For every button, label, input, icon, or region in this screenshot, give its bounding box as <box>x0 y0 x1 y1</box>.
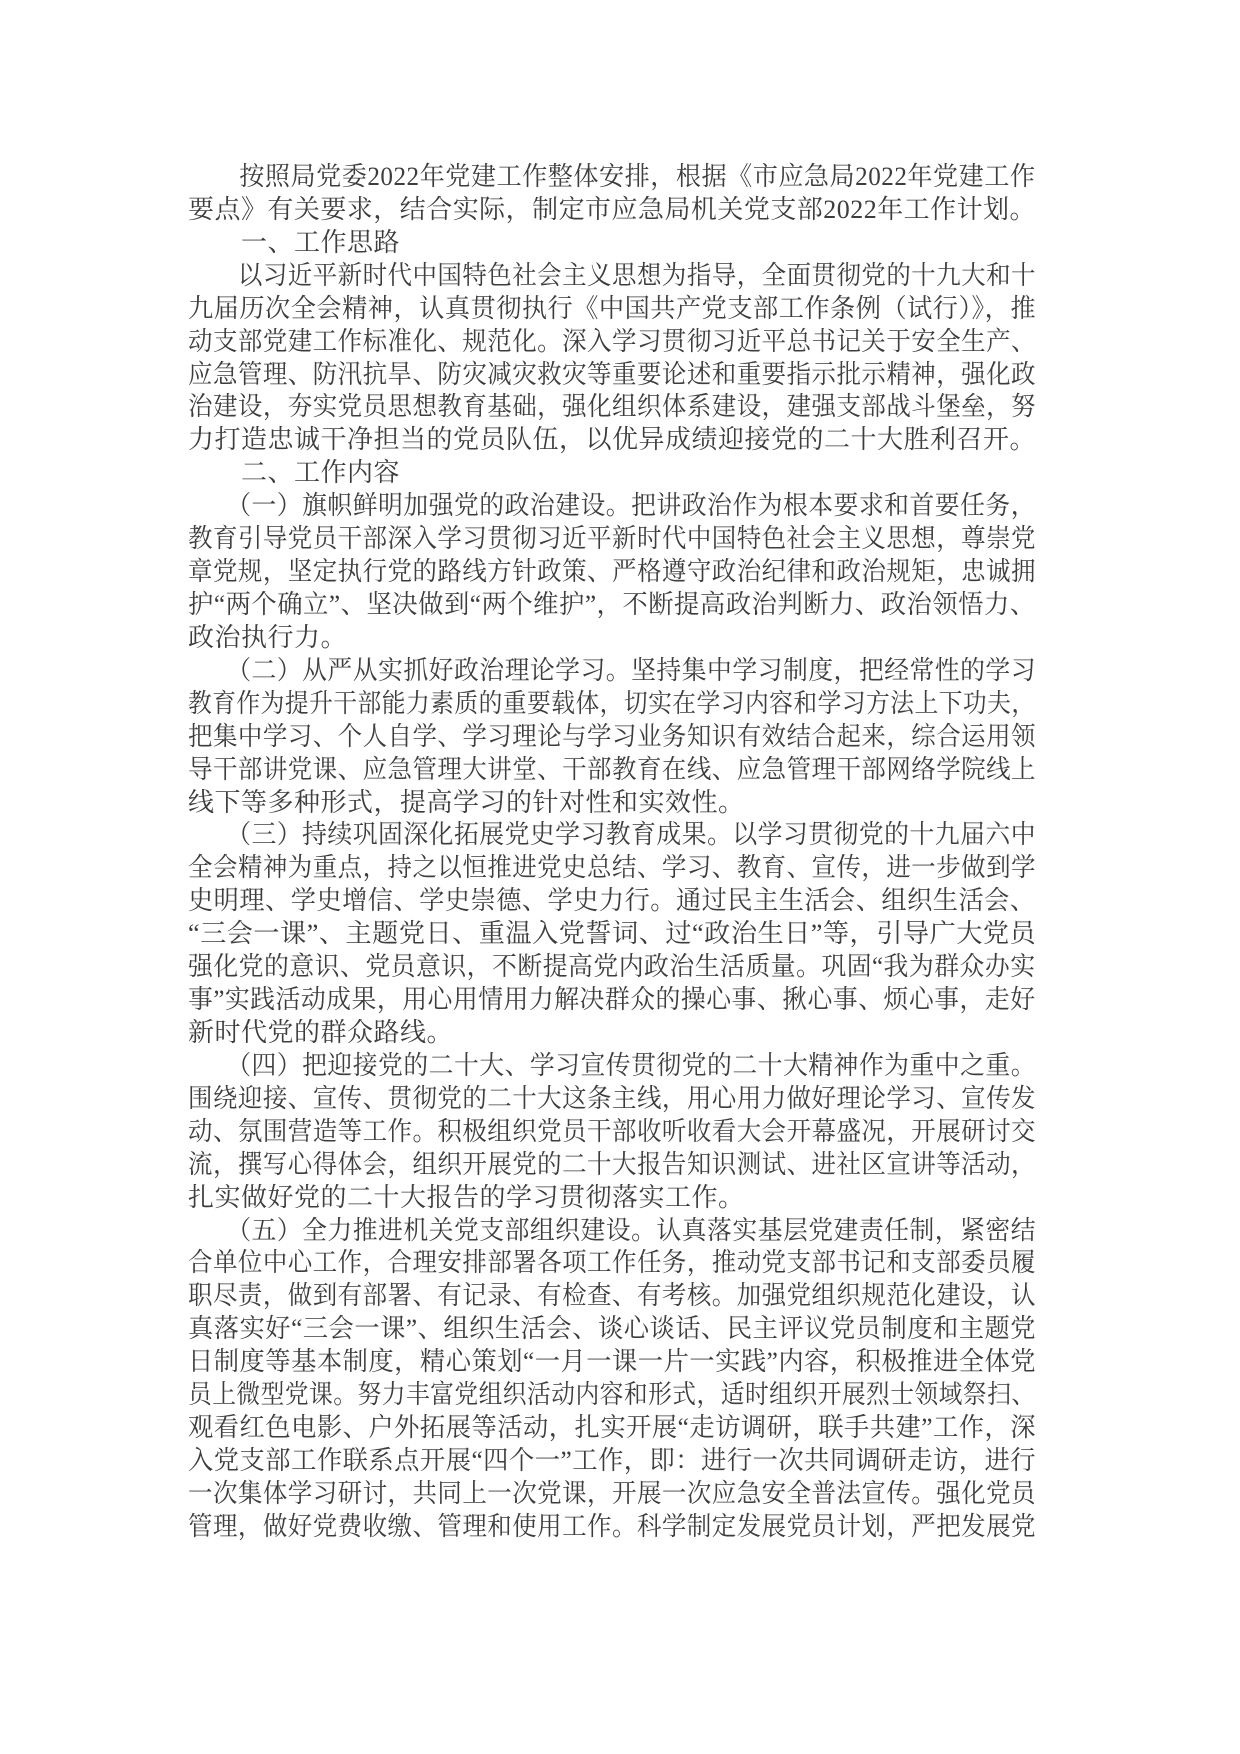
text-line: 九届历次全会精神，认真贯彻执行《中国共产党支部工作条例（试行）》，推 <box>188 293 1036 326</box>
text-line: 员上微型党课。努力丰富党组织活动内容和形式，适时组织开展烈士领域祭扫、 <box>188 1379 1036 1412</box>
text-line: （二）从严从实抓好政治理论学习。坚持集中学习制度，把经常性的学习 <box>188 655 1036 688</box>
text-line: 线下等多种形式，提高学习的针对性和实效性。 <box>188 787 1036 820</box>
heading-line: 二、工作内容 <box>188 457 1036 490</box>
text-line: 把集中学习、个人自学、学习理论与学习业务知识有效结合起来，综合运用领 <box>188 721 1036 754</box>
text-line: 护“两个确立”、坚决做到“两个维护”，不断提高政治判断力、政治领悟力、 <box>188 589 1036 622</box>
paragraph: （五）全力推进机关党支部组织建设。认真落实基层党建责任制，紧密结合单位中心工作，… <box>188 1215 1036 1544</box>
text-line: 要点》有关要求，结合实际，制定市应急局机关党支部2022年工作计划。 <box>188 194 1036 227</box>
text-line: 以习近平新时代中国特色社会主义思想为指导，全面贯彻党的十九大和十 <box>188 260 1036 293</box>
paragraph: （一）旗帜鲜明加强党的政治建设。把讲政治作为根本要求和首要任务，教育引导党员干部… <box>188 490 1036 655</box>
text-line: 扎实做好党的二十大报告的学习贯彻落实工作。 <box>188 1182 1036 1215</box>
text-line: “三会一课”、主题党日、重温入党誓词、过“政治生日”等，引导广大党员 <box>188 918 1036 951</box>
text-line: 职尽责，做到有部署、有记录、有检查、有考核。加强党组织规范化建设，认 <box>188 1280 1036 1313</box>
text-line: 合单位中心工作，合理安排部署各项工作任务，推动党支部书记和支部委员履 <box>188 1247 1036 1280</box>
text-line: 入党支部工作联系点开展“四个一”工作，即：进行一次共同调研走访，进行 <box>188 1445 1036 1478</box>
heading-line: 一、工作思路 <box>188 227 1036 260</box>
section-heading: 二、工作内容 <box>188 457 1036 490</box>
text-line: 史明理、学史增信、学史崇德、学史力行。通过民主生活会、组织生活会、 <box>188 885 1036 918</box>
text-line: 教育引导党员干部深入学习贯彻习近平新时代中国特色社会主义思想，尊崇党 <box>188 523 1036 556</box>
text-line: 章党规，坚定执行党的路线方针政策、严格遵守政治纪律和政治规矩，忠诚拥 <box>188 556 1036 589</box>
text-line: 管理，做好党费收缴、管理和使用工作。科学制定发展党员计划，严把发展党 <box>188 1511 1036 1544</box>
text-line: 按照局党委2022年党建工作整体安排，根据《市应急局2022年党建工作 <box>188 161 1036 194</box>
text-line: 应急管理、防汛抗旱、防灾减灾救灾等重要论述和重要指示批示精神，强化政 <box>188 359 1036 392</box>
text-line: 动、氛围营造等工作。积极组织党员干部收听收看大会开幕盛况，开展研讨交 <box>188 1116 1036 1149</box>
paragraph: （四）把迎接党的二十大、学习宣传贯彻党的二十大精神作为重中之重。围绕迎接、宣传、… <box>188 1050 1036 1215</box>
section-heading: 一、工作思路 <box>188 227 1036 260</box>
text-line: 新时代党的群众路线。 <box>188 1017 1036 1050</box>
text-line: 一次集体学习研讨，共同上一次党课，开展一次应急安全普法宣传。强化党员 <box>188 1478 1036 1511</box>
paragraph: （二）从严从实抓好政治理论学习。坚持集中学习制度，把经常性的学习教育作为提升干部… <box>188 655 1036 820</box>
text-line: （五）全力推进机关党支部组织建设。认真落实基层党建责任制，紧密结 <box>188 1215 1036 1248</box>
text-line: 治建设，夯实党员思想教育基础，强化组织体系建设，建强支部战斗堡垒，努 <box>188 391 1036 424</box>
text-line: 导干部讲党课、应急管理大讲堂、干部教育在线、应急管理干部网络学院线上 <box>188 754 1036 787</box>
text-line: 事”实践活动成果，用心用情用力解决群众的操心事、揪心事、烦心事，走好 <box>188 984 1036 1017</box>
text-line: 强化党的意识、党员意识，不断提高党内政治生活质量。巩固“我为群众办实 <box>188 951 1036 984</box>
text-line: 流，撰写心得体会，组织开展党的二十大报告知识测试、进社区宣讲等活动， <box>188 1149 1036 1182</box>
text-line: 政治执行力。 <box>188 622 1036 655</box>
text-line: （三）持续巩固深化拓展党史学习教育成果。以学习贯彻党的十九届六中 <box>188 819 1036 852</box>
text-line: 力打造忠诚干净担当的党员队伍，以优异成绩迎接党的二十大胜利召开。 <box>188 424 1036 457</box>
paragraph: 按照局党委2022年党建工作整体安排，根据《市应急局2022年党建工作要点》有关… <box>188 161 1036 227</box>
text-line: 真落实好“三会一课”、组织生活会、谈心谈话、民主评议党员制度和主题党 <box>188 1313 1036 1346</box>
text-line: 教育作为提升干部能力素质的重要载体，切实在学习内容和学习方法上下功夫， <box>188 688 1036 721</box>
text-line: 日制度等基本制度，精心策划“一月一课一片一实践”内容，积极推进全体党 <box>188 1346 1036 1379</box>
text-line: （一）旗帜鲜明加强党的政治建设。把讲政治作为根本要求和首要任务， <box>188 490 1036 523</box>
text-line: 动支部党建工作标准化、规范化。深入学习贯彻习近平总书记关于安全生产、 <box>188 326 1036 359</box>
paragraph: （三）持续巩固深化拓展党史学习教育成果。以学习贯彻党的十九届六中全会精神为重点，… <box>188 819 1036 1049</box>
text-line: 围绕迎接、宣传、贯彻党的二十大这条主线，用心用力做好理论学习、宣传发 <box>188 1083 1036 1116</box>
text-line: （四）把迎接党的二十大、学习宣传贯彻党的二十大精神作为重中之重。 <box>188 1050 1036 1083</box>
document-page: 按照局党委2022年党建工作整体安排，根据《市应急局2022年党建工作要点》有关… <box>188 161 1036 1544</box>
text-line: 全会精神为重点，持之以恒推进党史总结、学习、教育、宣传，进一步做到学 <box>188 852 1036 885</box>
text-line: 观看红色电影、户外拓展等活动，扎实开展“走访调研，联手共建”工作，深 <box>188 1412 1036 1445</box>
paragraph: 以习近平新时代中国特色社会主义思想为指导，全面贯彻党的十九大和十九届历次全会精神… <box>188 260 1036 458</box>
